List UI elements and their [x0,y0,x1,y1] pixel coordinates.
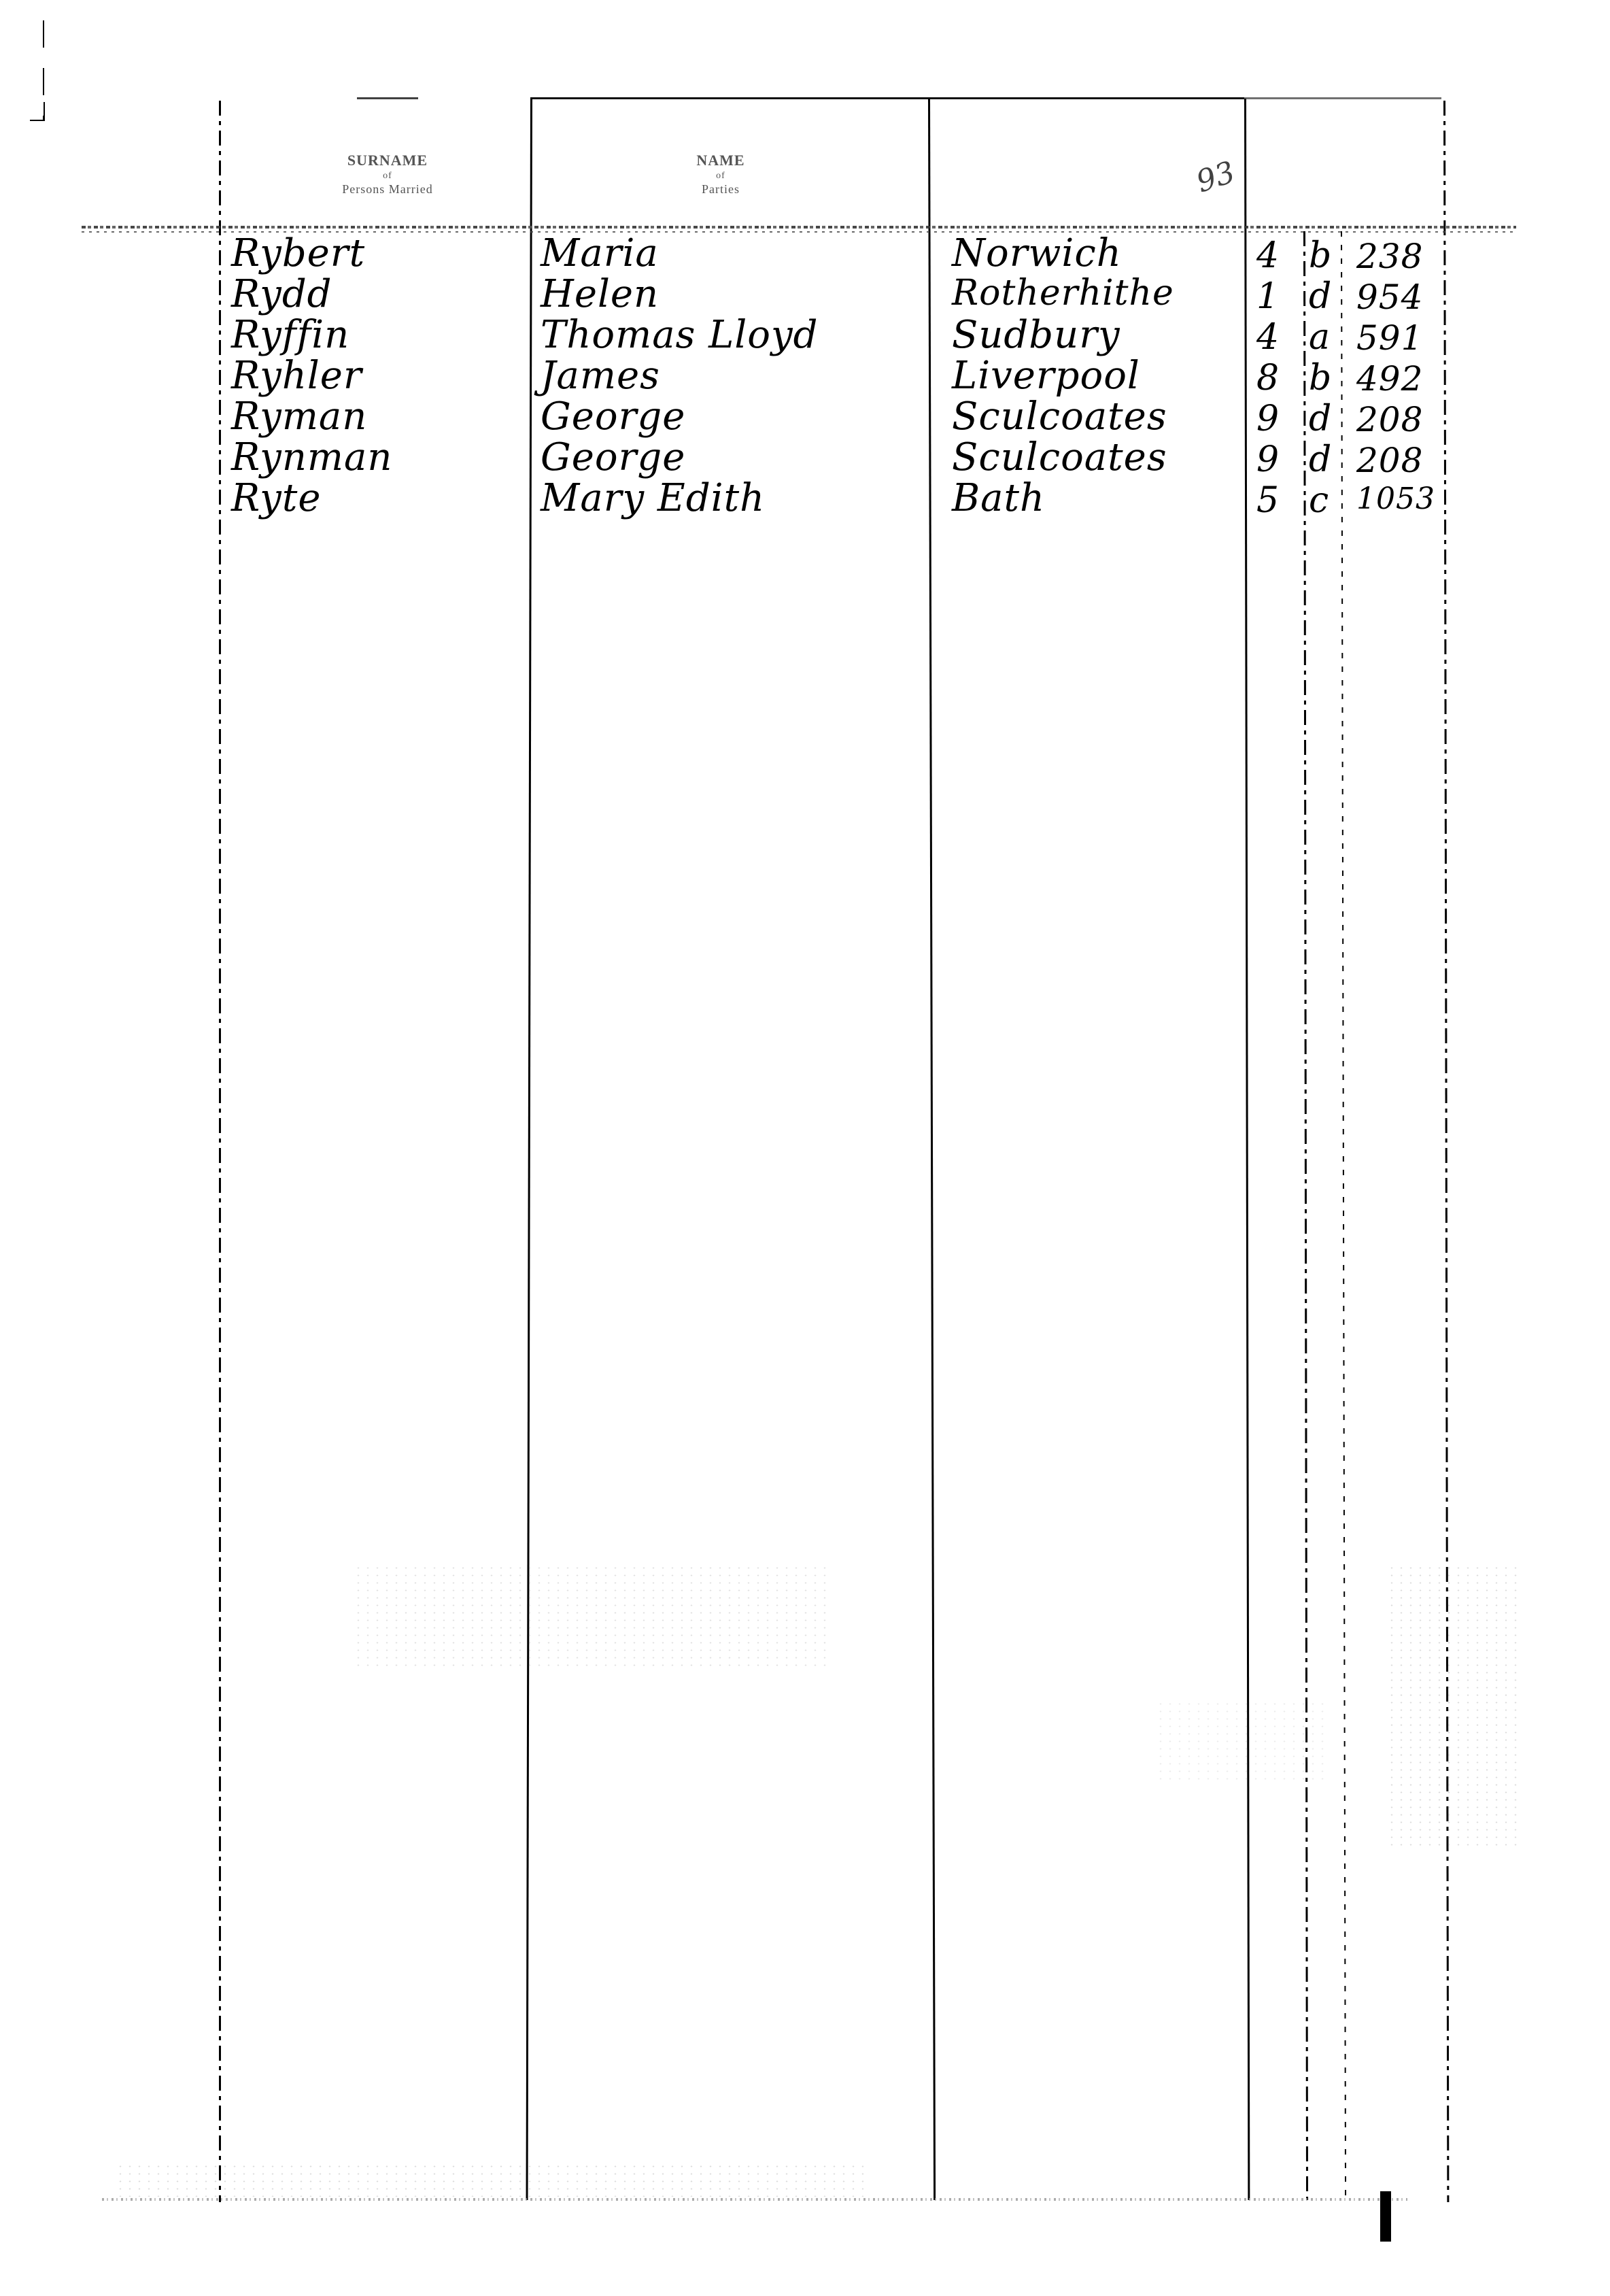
column-divider-right [1443,101,1449,2202]
entry-name: James [541,357,660,395]
scan-noise [1387,1564,1523,1850]
entry-volume: 4 [1256,320,1280,355]
entry-volume: 8 [1256,360,1280,396]
entry-volume: 9 [1256,442,1280,477]
scan-edge-marker [1380,2191,1391,2242]
crop-mark [30,120,45,121]
top-border [530,97,1244,99]
entry-volume: 5 [1256,483,1280,518]
column-divider-district-vol [1244,99,1250,2200]
entry-page: 492 [1356,362,1423,396]
bottom-border [102,2198,1407,2201]
column-divider-letter-page [1341,231,1346,2200]
column-divider-name-district [928,99,936,2200]
entry-volume-letter: b [1309,360,1332,396]
crop-mark [44,102,45,121]
entry-surname: Ryman [231,398,367,436]
entry-page: 1053 [1356,484,1435,514]
entry-name: Mary Edith [541,479,765,518]
column-divider-left [219,101,221,2202]
entry-page: 238 [1356,239,1423,273]
column-divider-vol-letter [1303,231,1308,2200]
entry-volume-letter: a [1309,320,1331,355]
entry-surname: Ryte [231,479,321,518]
entry-name: George [541,398,685,436]
entry-volume: 4 [1256,238,1280,273]
entry-district: Norwich [952,235,1122,273]
entry-district: Rotherhithe [952,275,1174,311]
entry-name: Helen [541,275,659,314]
entry-surname: Rynman [231,439,392,477]
entry-page: 954 [1356,280,1423,314]
header-sub: Parties [632,182,809,197]
entry-district: Sculcoates [952,398,1167,436]
entry-volume: 1 [1256,279,1280,314]
entry-page: 591 [1356,321,1423,355]
scan-noise [116,2163,863,2197]
entry-volume-letter: d [1309,279,1332,314]
column-header-surname: SURNAME of Persons Married [299,151,476,197]
entry-district: Bath [952,479,1045,518]
entry-surname: Rydd [231,275,332,314]
entry-volume: 9 [1256,401,1280,437]
entry-name: Thomas Lloyd [541,316,818,354]
column-divider-surname-name [526,99,532,2200]
header-main: SURNAME [299,151,476,170]
entry-volume-letter: d [1309,442,1332,477]
entry-surname: Rybert [231,235,365,273]
scan-noise [354,1564,829,1666]
entry-page: 208 [1356,443,1423,477]
page-number-annotation: 93 [1192,155,1239,200]
entry-volume-letter: c [1309,483,1329,518]
entry-volume-letter: d [1309,401,1332,437]
entry-name: Maria [541,235,659,273]
entry-surname: Ryhler [231,357,362,395]
header-of: of [632,170,809,182]
entry-district: Liverpool [952,357,1140,395]
entry-name: George [541,439,685,477]
header-main: NAME [632,151,809,170]
entry-district: Sudbury [952,316,1120,354]
entry-district: Sculcoates [952,439,1167,477]
entry-surname: Ryffin [231,316,349,354]
entry-page: 208 [1356,403,1423,437]
header-rule [82,226,1516,229]
entry-volume-letter: b [1309,238,1332,273]
scan-noise [1156,1700,1326,1782]
header-of: of [299,170,476,182]
header-sub: Persons Married [299,182,476,197]
register-page: SURNAME of Persons Married NAME of Parti… [0,0,1610,2296]
top-border [1244,97,1441,99]
top-border [357,97,418,99]
column-header-name: NAME of Parties [632,151,809,197]
